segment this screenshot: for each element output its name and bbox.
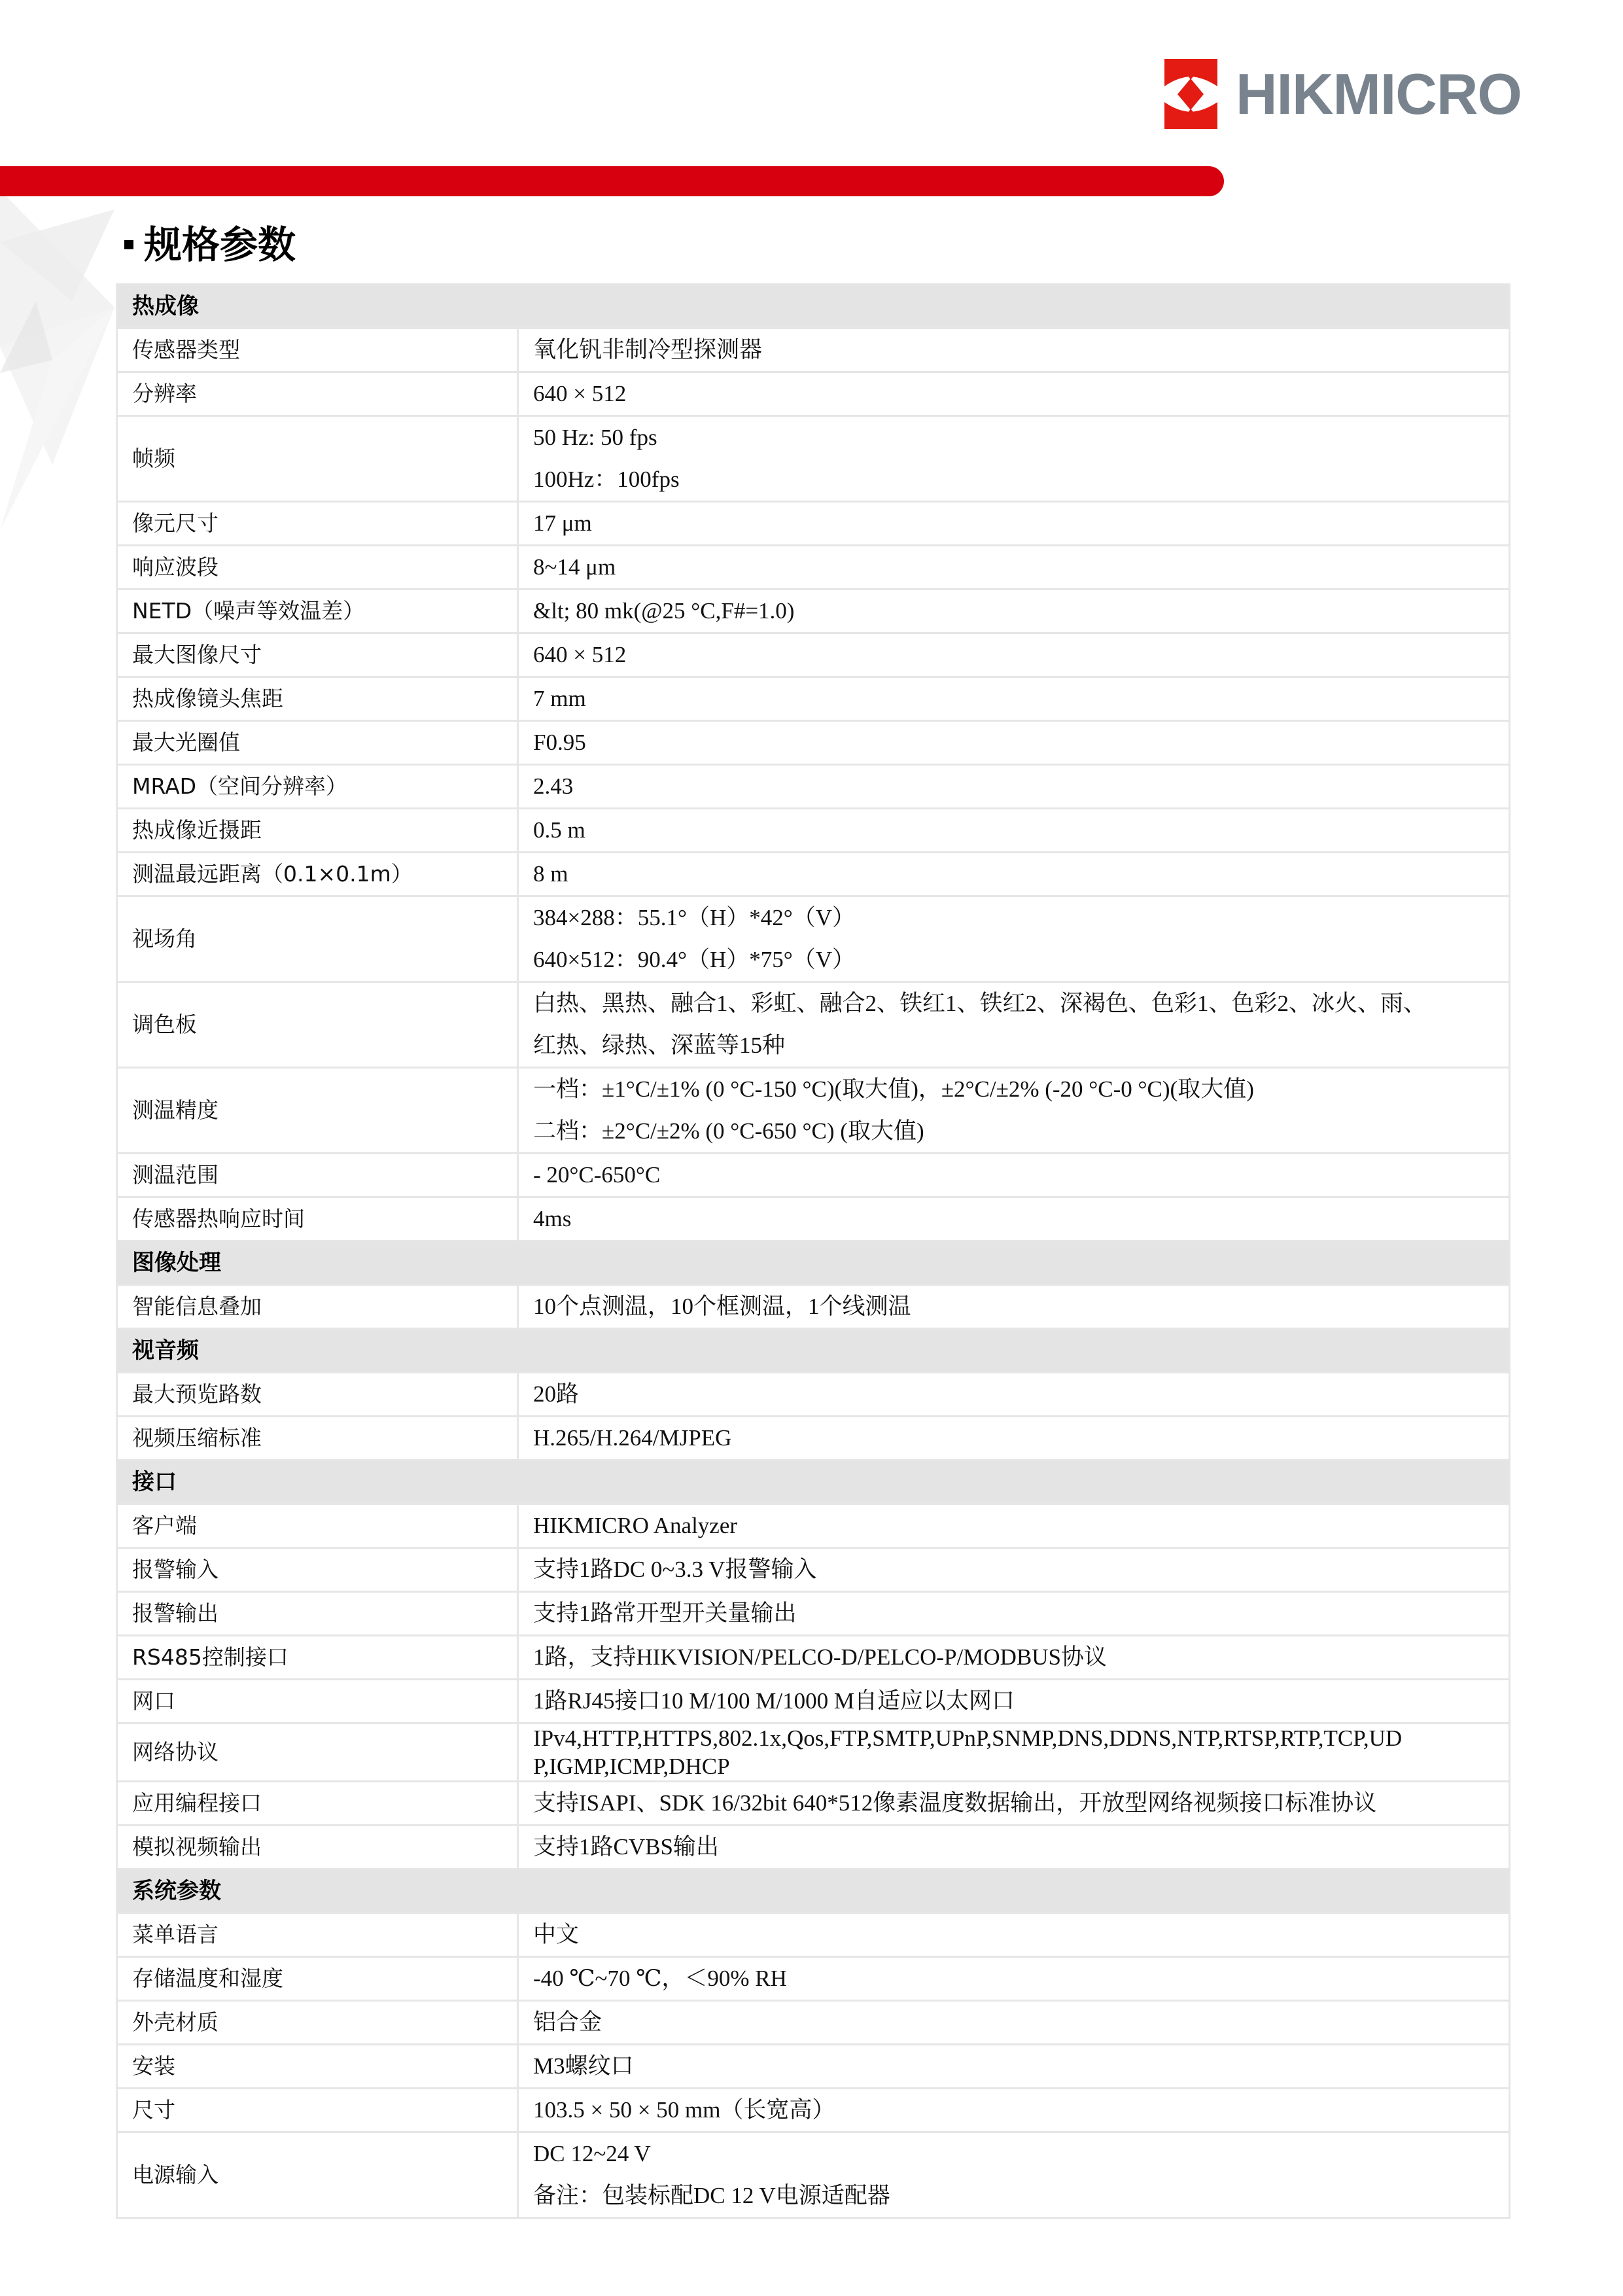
spec-value-line: 0.5 m — [533, 809, 1509, 851]
spec-label: 报警输出 — [117, 1592, 518, 1636]
spec-label: 最大图像尺寸 — [117, 633, 518, 677]
table-row: NETD（噪声等效温差）&lt; 80 mk(@25 °C,F#=1.0) — [117, 590, 1510, 633]
table-row: 最大光圈值F0.95 — [117, 721, 1510, 765]
table-row: 网络协议IPv4,HTTP,HTTPS,802.1x,Qos,FTP,SMTP,… — [117, 1723, 1510, 1782]
spec-value-line: IPv4,HTTP,HTTPS,802.1x,Qos,FTP,SMTP,UPnP… — [533, 1724, 1509, 1752]
header-accent-bar — [0, 166, 1224, 196]
spec-label: 像元尺寸 — [117, 502, 518, 546]
table-row: 网口1路RJ45接口10 M/100 M/1000 M自适应以太网口 — [117, 1680, 1510, 1723]
spec-label: 菜单语言 — [117, 1913, 518, 1957]
spec-value-line: 二档：±2°C/±2% (0 °C-650 °C) (取大值) — [533, 1110, 1509, 1152]
spec-value: 白热、黑热、融合1、彩虹、融合2、铁红1、铁红2、深褐色、色彩1、色彩2、冰火、… — [518, 982, 1510, 1068]
spec-label: 测温范围 — [117, 1154, 518, 1197]
section-title: 视音频 — [117, 1329, 1510, 1373]
spec-value-line: 384×288：55.1°（H）*42°（V） — [533, 897, 1509, 939]
spec-value-line: 103.5 × 50 × 50 mm（长宽高） — [533, 2089, 1509, 2131]
title-bullet-icon — [124, 240, 133, 249]
section-title: 接口 — [117, 1460, 1510, 1504]
table-row: 热成像镜头焦距7 mm — [117, 677, 1510, 721]
spec-value-line: 铝合金 — [533, 2002, 1509, 2043]
spec-value: 384×288：55.1°（H）*42°（V）640×512：90.4°（H）*… — [518, 896, 1510, 982]
spec-value-line: DC 12~24 V — [533, 2133, 1509, 2175]
spec-label: 报警输入 — [117, 1548, 518, 1592]
table-row: 菜单语言中文 — [117, 1913, 1510, 1957]
spec-value: 一档：±1°C/±1% (0 °C-150 °C)(取大值)，±2°C/±2% … — [518, 1068, 1510, 1154]
spec-value-line: 一档：±1°C/±1% (0 °C-150 °C)(取大值)，±2°C/±2% … — [533, 1069, 1509, 1110]
spec-value-line: 640 × 512 — [533, 373, 1509, 415]
spec-value-line: F0.95 — [533, 722, 1509, 764]
spec-label: 视频压缩标准 — [117, 1417, 518, 1460]
spec-label: 最大预览路数 — [117, 1373, 518, 1417]
spec-label: 测温精度 — [117, 1068, 518, 1154]
spec-value: 1路RJ45接口10 M/100 M/1000 M自适应以太网口 — [518, 1680, 1510, 1723]
spec-value: - 20°C-650°C — [518, 1154, 1510, 1197]
spec-value: 103.5 × 50 × 50 mm（长宽高） — [518, 2089, 1510, 2132]
spec-label: 模拟视频输出 — [117, 1826, 518, 1869]
spec-value: 氧化钒非制冷型探测器 — [518, 328, 1510, 372]
spec-value: IPv4,HTTP,HTTPS,802.1x,Qos,FTP,SMTP,UPnP… — [518, 1723, 1510, 1782]
spec-value: 10个点测温，10个框测温，1个线测温 — [518, 1285, 1510, 1329]
table-row: 尺寸103.5 × 50 × 50 mm（长宽高） — [117, 2089, 1510, 2132]
spec-label: 传感器热响应时间 — [117, 1197, 518, 1241]
spec-value-line: 红热、绿热、深蓝等15种 — [533, 1025, 1509, 1067]
spec-value-line: -40 ℃~70 ℃，＜90% RH — [533, 1958, 1509, 2000]
spec-label: 外壳材质 — [117, 2001, 518, 2045]
table-row: 外壳材质铝合金 — [117, 2001, 1510, 2045]
table-row: 最大图像尺寸640 × 512 — [117, 633, 1510, 677]
table-row: 模拟视频输出支持1路CVBS输出 — [117, 1826, 1510, 1869]
table-row: 安装M3螺纹口 — [117, 2045, 1510, 2089]
spec-label: 最大光圈值 — [117, 721, 518, 765]
spec-value: 支持1路CVBS输出 — [518, 1826, 1510, 1869]
spec-value-line: 白热、黑热、融合1、彩虹、融合2、铁红1、铁红2、深褐色、色彩1、色彩2、冰火、… — [533, 983, 1509, 1025]
spec-label: 网口 — [117, 1680, 518, 1723]
spec-value: 17 μm — [518, 502, 1510, 546]
spec-value-line: H.265/H.264/MJPEG — [533, 1417, 1509, 1459]
spec-value: 0.5 m — [518, 809, 1510, 853]
spec-label: 测温最远距离（0.1×0.1m） — [117, 853, 518, 896]
table-row: 测温范围- 20°C-650°C — [117, 1154, 1510, 1197]
spec-label: 存储温度和湿度 — [117, 1957, 518, 2001]
spec-value-line: 17 μm — [533, 503, 1509, 544]
table-row: 传感器热响应时间4ms — [117, 1197, 1510, 1241]
spec-value: DC 12~24 V备注：包装标配DC 12 V电源适配器 — [518, 2132, 1510, 2218]
section-title: 热成像 — [117, 285, 1510, 328]
spec-value-line: - 20°C-650°C — [533, 1154, 1509, 1196]
spec-label: NETD（噪声等效温差） — [117, 590, 518, 633]
spec-label: 客户端 — [117, 1504, 518, 1548]
logo-wordmark: HIKMICRO — [1236, 65, 1522, 123]
spec-value-line: P,IGMP,ICMP,DHCP — [533, 1752, 1509, 1780]
spec-label: 传感器类型 — [117, 328, 518, 372]
table-row: 测温最远距离（0.1×0.1m）8 m — [117, 853, 1510, 896]
spec-label: 热成像近摄距 — [117, 809, 518, 853]
table-row: 报警输出支持1路常开型开关量输出 — [117, 1592, 1510, 1636]
section-header-row: 热成像 — [117, 285, 1510, 328]
section-header-row: 接口 — [117, 1460, 1510, 1504]
table-row: 客户端HIKMICRO Analyzer — [117, 1504, 1510, 1548]
decorative-facet-graphic — [0, 190, 131, 530]
spec-table: 热成像传感器类型氧化钒非制冷型探测器分辨率640 × 512帧频50 Hz: 5… — [116, 283, 1510, 2219]
spec-label: 分辨率 — [117, 372, 518, 416]
spec-value-line: 支持1路CVBS输出 — [533, 1826, 1509, 1868]
section-title: 系统参数 — [117, 1869, 1510, 1913]
table-row: 帧频50 Hz: 50 fps100Hz：100fps — [117, 416, 1510, 502]
section-header-row: 视音频 — [117, 1329, 1510, 1373]
table-row: 最大预览路数20路 — [117, 1373, 1510, 1417]
spec-value-line: 640 × 512 — [533, 634, 1509, 676]
table-row: RS485控制接口1路，支持HIKVISION/PELCO-D/PELCO-P/… — [117, 1636, 1510, 1680]
spec-value-line: 8~14 μm — [533, 546, 1509, 588]
table-row: 像元尺寸17 μm — [117, 502, 1510, 546]
spec-value-line: 8 m — [533, 853, 1509, 895]
spec-value: 640 × 512 — [518, 372, 1510, 416]
spec-value-line: 2.43 — [533, 766, 1509, 807]
table-row: 传感器类型氧化钒非制冷型探测器 — [117, 328, 1510, 372]
spec-value-line: &lt; 80 mk(@25 °C,F#=1.0) — [533, 590, 1509, 632]
spec-label: 智能信息叠加 — [117, 1285, 518, 1329]
table-row: 视频压缩标准H.265/H.264/MJPEG — [117, 1417, 1510, 1460]
spec-value: 4ms — [518, 1197, 1510, 1241]
spec-value: 1路，支持HIKVISION/PELCO-D/PELCO-P/MODBUS协议 — [518, 1636, 1510, 1680]
table-row: 报警输入支持1路DC 0~3.3 V报警输入 — [117, 1548, 1510, 1592]
table-row: 响应波段8~14 μm — [117, 546, 1510, 590]
section-header-row: 图像处理 — [117, 1241, 1510, 1285]
spec-value: 中文 — [518, 1913, 1510, 1957]
spec-value-line: 1路，支持HIKVISION/PELCO-D/PELCO-P/MODBUS协议 — [533, 1636, 1509, 1678]
table-row: 调色板白热、黑热、融合1、彩虹、融合2、铁红1、铁红2、深褐色、色彩1、色彩2、… — [117, 982, 1510, 1068]
spec-value-line: 4ms — [533, 1198, 1509, 1240]
hikmicro-logo: HIKMICRO — [1164, 59, 1522, 129]
spec-value: 7 mm — [518, 677, 1510, 721]
spec-value-line: 10个点测温，10个框测温，1个线测温 — [533, 1286, 1509, 1328]
spec-value: 8 m — [518, 853, 1510, 896]
spec-value-line: 备注：包装标配DC 12 V电源适配器 — [533, 2175, 1509, 2217]
section-title: 图像处理 — [117, 1241, 1510, 1285]
spec-value: 支持1路常开型开关量输出 — [518, 1592, 1510, 1636]
spec-value: &lt; 80 mk(@25 °C,F#=1.0) — [518, 590, 1510, 633]
spec-label: 调色板 — [117, 982, 518, 1068]
spec-label: 网络协议 — [117, 1723, 518, 1782]
spec-value: -40 ℃~70 ℃，＜90% RH — [518, 1957, 1510, 2001]
section-header-row: 系统参数 — [117, 1869, 1510, 1913]
table-row: 电源输入DC 12~24 V备注：包装标配DC 12 V电源适配器 — [117, 2132, 1510, 2218]
spec-value-line: HIKMICRO Analyzer — [533, 1505, 1509, 1547]
logo-eye-icon — [1164, 59, 1217, 129]
spec-label: 帧频 — [117, 416, 518, 502]
spec-value: 20路 — [518, 1373, 1510, 1417]
spec-value-line: M3螺纹口 — [533, 2045, 1509, 2087]
spec-value-line: 支持ISAPI、SDK 16/32bit 640*512像素温度数据输出，开放型… — [533, 1782, 1509, 1824]
spec-label: 视场角 — [117, 896, 518, 982]
spec-value: 640 × 512 — [518, 633, 1510, 677]
spec-label: 响应波段 — [117, 546, 518, 590]
spec-value: M3螺纹口 — [518, 2045, 1510, 2089]
table-row: MRAD（空间分辨率）2.43 — [117, 765, 1510, 809]
spec-value: 8~14 μm — [518, 546, 1510, 590]
spec-label: MRAD（空间分辨率） — [117, 765, 518, 809]
spec-value: 50 Hz: 50 fps100Hz：100fps — [518, 416, 1510, 502]
table-row: 分辨率640 × 512 — [117, 372, 1510, 416]
spec-value: 铝合金 — [518, 2001, 1510, 2045]
table-row: 热成像近摄距0.5 m — [117, 809, 1510, 853]
spec-label: 尺寸 — [117, 2089, 518, 2132]
spec-value: 2.43 — [518, 765, 1510, 809]
table-row: 视场角384×288：55.1°（H）*42°（V）640×512：90.4°（… — [117, 896, 1510, 982]
spec-value-line: 7 mm — [533, 678, 1509, 720]
spec-value: 支持ISAPI、SDK 16/32bit 640*512像素温度数据输出，开放型… — [518, 1782, 1510, 1826]
spec-value-line: 100Hz：100fps — [533, 459, 1509, 501]
spec-label: 应用编程接口 — [117, 1782, 518, 1826]
table-row: 存储温度和湿度-40 ℃~70 ℃，＜90% RH — [117, 1957, 1510, 2001]
page-title: 规格参数 — [124, 226, 296, 264]
page-title-text: 规格参数 — [144, 226, 296, 264]
spec-label: 热成像镜头焦距 — [117, 677, 518, 721]
spec-label: 安装 — [117, 2045, 518, 2089]
spec-value-line: 640×512：90.4°（H）*75°（V） — [533, 939, 1509, 981]
spec-label: RS485控制接口 — [117, 1636, 518, 1680]
spec-value-line: 1路RJ45接口10 M/100 M/1000 M自适应以太网口 — [533, 1680, 1509, 1722]
table-row: 应用编程接口支持ISAPI、SDK 16/32bit 640*512像素温度数据… — [117, 1782, 1510, 1826]
spec-value-line: 50 Hz: 50 fps — [533, 417, 1509, 459]
spec-label: 电源输入 — [117, 2132, 518, 2218]
spec-value: 支持1路DC 0~3.3 V报警输入 — [518, 1548, 1510, 1592]
spec-value: HIKMICRO Analyzer — [518, 1504, 1510, 1548]
table-row: 测温精度一档：±1°C/±1% (0 °C-150 °C)(取大值)，±2°C/… — [117, 1068, 1510, 1154]
table-row: 智能信息叠加10个点测温，10个框测温，1个线测温 — [117, 1285, 1510, 1329]
spec-value-line: 20路 — [533, 1373, 1509, 1415]
spec-value-line: 支持1路DC 0~3.3 V报警输入 — [533, 1549, 1509, 1591]
spec-value: F0.95 — [518, 721, 1510, 765]
spec-value-line: 支持1路常开型开关量输出 — [533, 1593, 1509, 1634]
spec-value-line: 中文 — [533, 1914, 1509, 1956]
spec-value-line: 氧化钒非制冷型探测器 — [533, 329, 1509, 371]
spec-value: H.265/H.264/MJPEG — [518, 1417, 1510, 1460]
